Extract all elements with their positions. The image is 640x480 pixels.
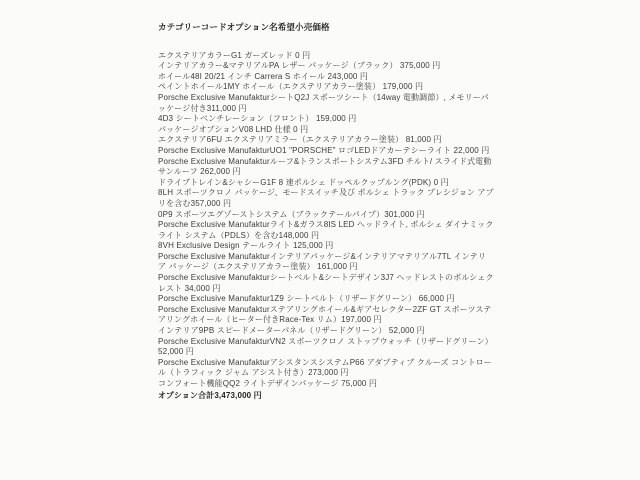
option-row: 8LH スポーツクロノ パッケージ、モードスイッチ及び ポルシェ トラック プレ…: [158, 188, 494, 209]
option-row: Porsche Exclusive Manufakturシートベルト&シートデザ…: [158, 273, 494, 294]
option-row: Porsche Exclusive Manufakturインテリアパッケージ&イ…: [158, 252, 494, 273]
option-row: エクステリアカラーG1 ガーズレッド 0 円: [158, 51, 494, 62]
option-row: Porsche Exclusive ManufakturUO1 "PORSCHE…: [158, 146, 494, 157]
option-row: 8VH Exclusive Design テールライト 125,000 円: [158, 241, 494, 252]
option-row: Porsche Exclusive Manufakturルーフ&トランスポートシ…: [158, 157, 494, 178]
options-document: カテゴリーコードオプション名希望小売価格 エクステリアカラーG1 ガーズレッド …: [158, 22, 494, 401]
option-row: Porsche Exclusive ManufakturVN2 スポーツクロノ …: [158, 337, 494, 358]
option-row: パッケージオプションV08 LHD 仕様 0 円: [158, 125, 494, 136]
option-row: Porsche Exclusive Manufakturステアリングホイール&ギ…: [158, 305, 494, 326]
options-table-header: カテゴリーコードオプション名希望小売価格: [158, 22, 494, 33]
option-row: コンフォート機能QQ2 ライトデザインパッケージ 75,000 円: [158, 379, 494, 390]
options-total: オプション合計3,473,000 円: [158, 391, 494, 402]
option-row: エクステリア6FU エクステリアミラー（エクステリアカラー塗装） 81,000 …: [158, 135, 494, 146]
option-row: ペイントホイール1MY ホイール（エクステリアカラー塗装） 179,000 円: [158, 82, 494, 93]
option-row: ホイール48I 20/21 インチ Carrera S ホイール 243,000…: [158, 72, 494, 83]
option-row: インテリア9PB スピードメーターパネル（リザードグリーン） 52,000 円: [158, 326, 494, 337]
option-row: Porsche Exclusive Manufaktur1Z9 シートベルト（リ…: [158, 294, 494, 305]
option-row: Porsche Exclusive ManufakturアシスタンスシステムP6…: [158, 358, 494, 379]
option-row: インテリアカラー&マテリアルPA レザー パッケージ（ブラック） 375,000…: [158, 61, 494, 72]
option-row: 0P9 スポーツエグゾーストシステム（ブラックテールパイプ）301,000 円: [158, 210, 494, 221]
option-row: Porsche Exclusive ManufakturシートQ2J スポーツシ…: [158, 93, 494, 114]
option-row: Porsche Exclusive Manufakturライト&ガラス8IS L…: [158, 220, 494, 241]
option-row: 4D3 シートベンチレーション（フロント） 159,000 円: [158, 114, 494, 125]
options-list: エクステリアカラーG1 ガーズレッド 0 円インテリアカラー&マテリアルPA レ…: [158, 51, 494, 390]
option-row: ドライブトレイン&シャシーG1F 8 速ポルシェ ドッペルクップルング(PDK)…: [158, 178, 494, 189]
